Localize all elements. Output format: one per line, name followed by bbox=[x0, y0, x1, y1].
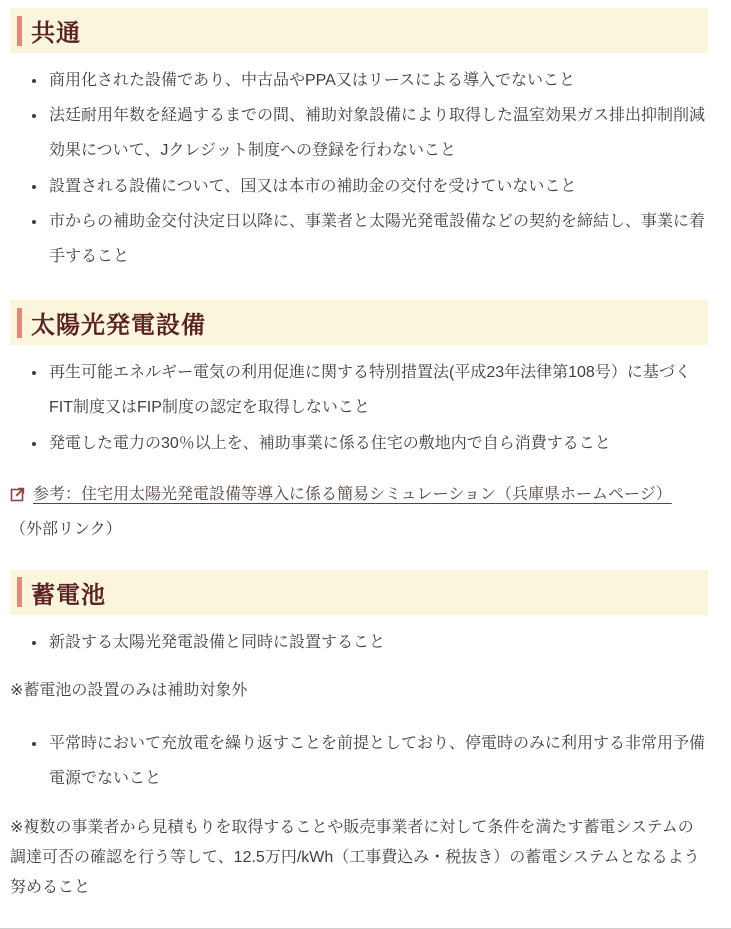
heading-accent-bar bbox=[17, 16, 22, 46]
note-battery-only: ※蓄電池の設置のみは補助対象外 bbox=[10, 676, 708, 706]
simulation-link[interactable]: 参考：住宅用太陽光発電設備等導入に係る簡易シミュレーション（兵庫県ホームページ） bbox=[10, 486, 672, 503]
list-item: 設置される設備について、国又は本市の補助金の交付を受けていないこと bbox=[47, 169, 708, 204]
list-item: 再生可能エネルギー電気の利用促進に関する特別措置法(平成23年法律第108号）に… bbox=[47, 355, 708, 425]
list-item: 商用化された設備であり、中古品やPPA又はリースによる導入でないこと bbox=[47, 63, 708, 98]
section-solar: 太陽光発電設備 再生可能エネルギー電気の利用促進に関する特別措置法(平成23年法… bbox=[10, 300, 708, 546]
heading-accent-bar bbox=[17, 308, 22, 338]
bullet-list-solar: 再生可能エネルギー電気の利用促進に関する特別措置法(平成23年法律第108号）に… bbox=[10, 355, 708, 461]
heading-band-common: 共通 bbox=[10, 8, 708, 53]
list-item: 発電した電力の30％以上を、補助事業に係る住宅の敷地内で自ら消費すること bbox=[47, 426, 708, 461]
list-item: 新設する太陽光発電設備と同時に設置すること bbox=[47, 625, 708, 660]
bullet-list-common: 商用化された設備であり、中古品やPPA又はリースによる導入でないこと 法廷耐用年… bbox=[10, 63, 708, 274]
heading-accent-bar bbox=[17, 577, 22, 607]
reference-link-block: 参考：住宅用太陽光発電設備等導入に係る簡易シミュレーション（兵庫県ホームページ）… bbox=[10, 479, 708, 546]
list-item: 市からの補助金交付決定日以降に、事業者と太陽光発電設備などの契約を締結し、事業に… bbox=[47, 204, 708, 274]
bullet-list-battery-2: 平常時において充放電を繰り返すことを前提としており、停電時のみに利用する非常用予… bbox=[10, 726, 708, 796]
section-heading-common: 共通 bbox=[31, 13, 81, 48]
page-content: 共通 商用化された設備であり、中古品やPPA又はリースによる導入でないこと 法廷… bbox=[0, 0, 731, 929]
external-link-icon bbox=[10, 482, 26, 514]
section-common: 共通 商用化された設備であり、中古品やPPA又はリースによる導入でないこと 法廷… bbox=[10, 8, 708, 274]
simulation-link-label: 参考：住宅用太陽光発電設備等導入に係る簡易シミュレーション（兵庫県ホームページ） bbox=[33, 486, 672, 503]
note-price-target: ※複数の事業者から見積もりを取得することや販売事業者に対して条件を満たす蓄電シス… bbox=[10, 813, 708, 904]
section-heading-battery: 蓄電池 bbox=[31, 575, 106, 610]
section-heading-solar: 太陽光発電設備 bbox=[31, 305, 206, 340]
section-battery: 蓄電池 新設する太陽光発電設備と同時に設置すること ※蓄電池の設置のみは補助対象… bbox=[10, 570, 708, 904]
external-link-suffix: （外部リンク） bbox=[10, 521, 122, 538]
list-item: 平常時において充放電を繰り返すことを前提としており、停電時のみに利用する非常用予… bbox=[47, 726, 708, 796]
list-item: 法廷耐用年数を経過するまでの間、補助対象設備により取得した温室効果ガス排出抑制削… bbox=[47, 98, 708, 168]
bullet-list-battery-1: 新設する太陽光発電設備と同時に設置すること bbox=[10, 625, 708, 660]
heading-band-solar: 太陽光発電設備 bbox=[10, 300, 708, 345]
heading-band-battery: 蓄電池 bbox=[10, 570, 708, 615]
